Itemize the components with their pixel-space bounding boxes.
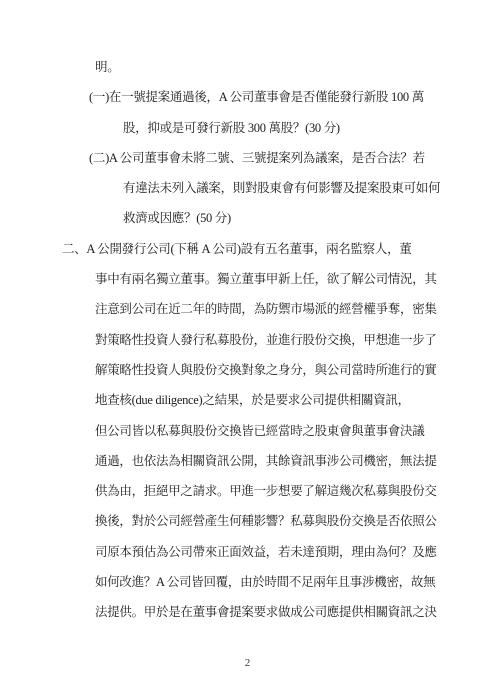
text-line: 救濟或因應？(50 分) (0, 203, 495, 233)
text-line-question-2: 二、A 公開發行公司(下稱 A 公司)設有五名董事，兩名監察人，董 (0, 234, 495, 264)
text-line-subquestion-1: (一)在一號提案通過後，A 公司董事會是否僅能發行新股 100 萬 (0, 82, 495, 112)
text-line: 通過，也依法為相關資訊公開，其餘資訊事涉公司機密，無法提 (0, 446, 495, 476)
text-line: 如何改進？A 公司皆回覆，由於時間不足兩年且事涉機密，故無 (0, 567, 495, 597)
text-line: 明。 (0, 52, 495, 82)
text-line-subquestion-2: (二)A 公司董事會未將二號、三號提案列為議案，是否合法？若 (0, 143, 495, 173)
text-line: 注意到公司在近二年的時間，為防禦市場派的經營權爭奪，密集 (0, 294, 495, 324)
text-line: 地查核(due diligence)之結果，於是要求公司提供相關資訊， (0, 385, 495, 415)
text-line: 解策略性投資人與股份交換對象之身分，與公司當時所進行的實 (0, 355, 495, 385)
page-number: 2 (0, 657, 495, 669)
text-line: 供為由，拒絕甲之請求。甲進一步想要了解這幾次私募與股份交 (0, 476, 495, 506)
text-line: 換後，對於公司經營產生何種影響？私募與股份交換是否依照公 (0, 506, 495, 536)
text-line: 有違法未列入議案，則對股東會有何影響及提案股東可如何 (0, 173, 495, 203)
text-line: 股，抑或是可發行新股 300 萬股？(30 分) (0, 113, 495, 143)
document-page: 明。 (一)在一號提案通過後，A 公司董事會是否僅能發行新股 100 萬 股，抑… (0, 0, 495, 700)
text-line: 事中有兩名獨立董事。獨立董事甲新上任，欲了解公司情況，其 (0, 264, 495, 294)
document-text-block: 明。 (一)在一號提案通過後，A 公司董事會是否僅能發行新股 100 萬 股，抑… (0, 52, 495, 628)
text-line: 法提供。甲於是在董事會提案要求做成公司應提供相關資訊之決 (0, 597, 495, 627)
text-line: 對策略性投資人發行私募股份，並進行股份交換，甲想進一步了 (0, 325, 495, 355)
text-line: 但公司皆以私募與股份交換皆已經當時之股東會與董事會決議 (0, 416, 495, 446)
text-line: 司原本預估為公司帶來正面效益，若未達預期，理由為何？及應 (0, 537, 495, 567)
